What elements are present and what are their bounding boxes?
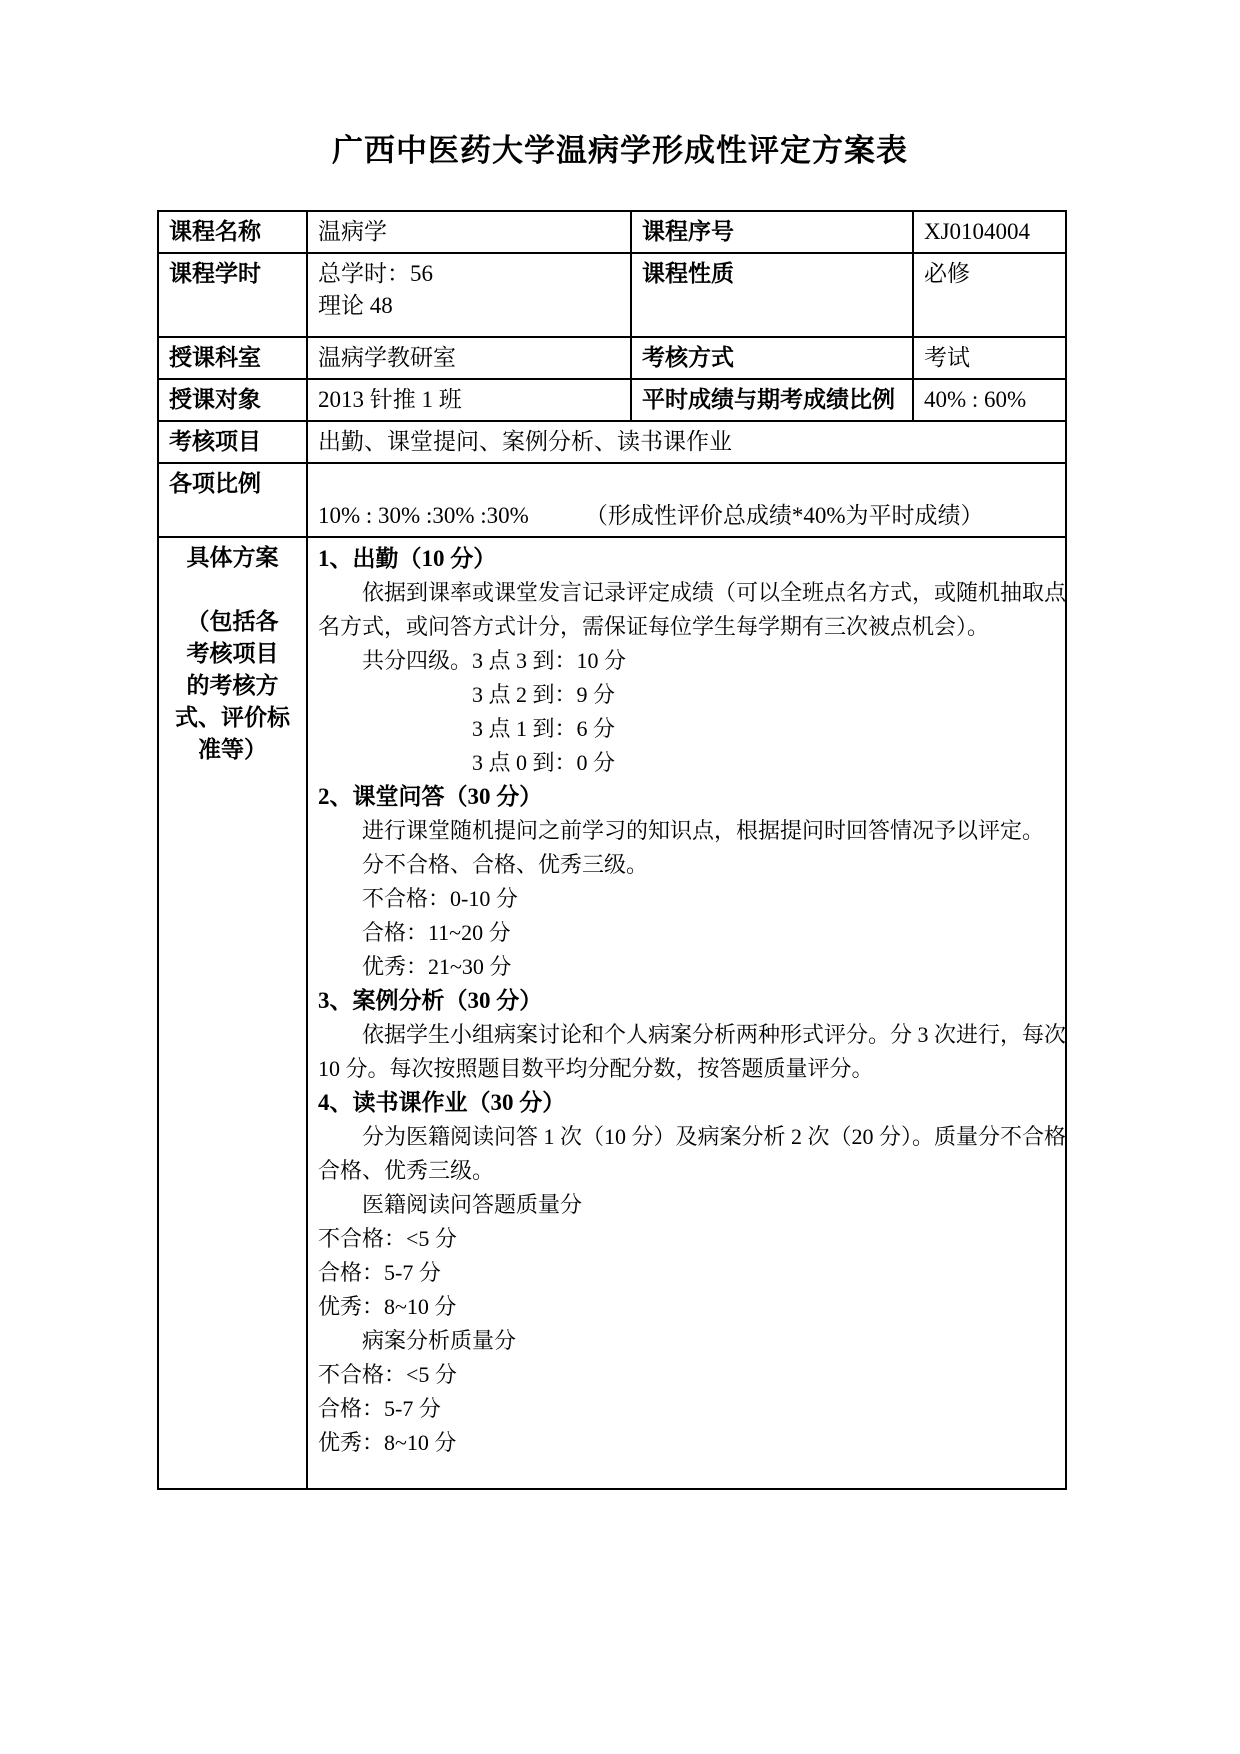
course-number-label: 课程序号 xyxy=(631,211,913,253)
plan-line: 进行课堂随机提问之前学习的知识点，根据提问时回答情况予以评定。 xyxy=(318,814,1055,848)
plan-line: 依据学生小组病案讨论和个人病案分析两种形式评分。分 3 次进行，每次 xyxy=(318,1018,1055,1052)
score-ratio-label: 平时成绩与期考成绩比例 xyxy=(631,379,913,421)
plan-line: 1、出勤（10 分） xyxy=(318,542,1055,576)
plan-line: 优秀：8~10 分 xyxy=(318,1290,1055,1324)
course-name-value: 温病学 xyxy=(307,211,631,253)
plan-line: 优秀：21~30 分 xyxy=(318,950,1055,984)
plan-line: 3 点 2 到：9 分 xyxy=(318,678,1055,712)
item-ratios-numbers: 10% : 30% :30% :30% xyxy=(318,503,529,528)
plan-content: 1、出勤（10 分）依据到课率或课堂发言记录评定成绩（可以全班点名方式，或随机抽… xyxy=(307,537,1066,1489)
teaching-target-value: 2013 针推 1 班 xyxy=(307,379,631,421)
plan-line: 不合格：0-10 分 xyxy=(318,882,1055,916)
plan-line: 合格：11~20 分 xyxy=(318,916,1055,950)
row-item-ratios: 各项比例 10% : 30% :30% :30%（形成性评价总成绩*40%为平时… xyxy=(158,463,1066,537)
course-type-label: 课程性质 xyxy=(631,253,913,337)
assessment-items-label: 考核项目 xyxy=(158,421,307,463)
row-course-name: 课程名称 温病学 课程序号 XJ0104004 xyxy=(158,211,1066,253)
plan-line: 优秀：8~10 分 xyxy=(318,1426,1055,1460)
teaching-department-value: 温病学教研室 xyxy=(307,337,631,379)
course-hours-label: 课程学时 xyxy=(158,253,307,337)
plan-line: 合格、优秀三级。 xyxy=(318,1154,1055,1188)
row-detailed-plan: 具体方案 （包括各 考核项目 的考核方 式、评价标 准等） 1、出勤（10 分）… xyxy=(158,537,1066,1489)
plan-line: 3、案例分析（30 分） xyxy=(318,984,1055,1018)
plan-line: 4、读书课作业（30 分） xyxy=(318,1086,1055,1120)
teaching-department-label: 授课科室 xyxy=(158,337,307,379)
plan-line: 共分四级。3 点 3 到：10 分 xyxy=(318,644,1055,678)
row-teaching-target: 授课对象 2013 针推 1 班 平时成绩与期考成绩比例 40% : 60% xyxy=(158,379,1066,421)
plan-line: 分为医籍阅读问答 1 次（10 分）及病案分析 2 次（20 分）。质量分不合格… xyxy=(318,1120,1055,1154)
plan-line: 分不合格、合格、优秀三级。 xyxy=(318,848,1055,882)
plan-line: 名方式，或问答方式计分，需保证每位学生每学期有三次被点机会）。 xyxy=(318,610,1055,644)
document-title: 广西中医药大学温病学形成性评定方案表 xyxy=(0,0,1240,174)
plan-line: 合格：5-7 分 xyxy=(318,1392,1055,1426)
score-ratio-value: 40% : 60% xyxy=(913,379,1066,421)
plan-line: 10 分。每次按照题目数平均分配分数，按答题质量评分。 xyxy=(318,1052,1055,1086)
assessment-plan-table: 课程名称 温病学 课程序号 XJ0104004 课程学时 总学时：56 理论 4… xyxy=(157,210,1067,1490)
plan-line: 医籍阅读问答题质量分 xyxy=(318,1188,1055,1222)
course-number-value: XJ0104004 xyxy=(913,211,1066,253)
plan-line: 病案分析质量分 xyxy=(318,1324,1055,1358)
row-course-hours: 课程学时 总学时：56 理论 48 课程性质 必修 xyxy=(158,253,1066,337)
plan-line: 合格：5-7 分 xyxy=(318,1256,1055,1290)
row-assessment-items: 考核项目 出勤、课堂提问、案例分析、读书课作业 xyxy=(158,421,1066,463)
detailed-plan-label: 具体方案 （包括各 考核项目 的考核方 式、评价标 准等） xyxy=(158,537,307,1489)
assessment-items-value: 出勤、课堂提问、案例分析、读书课作业 xyxy=(307,421,1066,463)
row-teaching-department: 授课科室 温病学教研室 考核方式 考试 xyxy=(158,337,1066,379)
plan-line: 依据到课率或课堂发言记录评定成绩（可以全班点名方式，或随机抽取点 xyxy=(318,576,1055,610)
course-hours-value: 总学时：56 理论 48 xyxy=(307,253,631,337)
plan-line: 2、课堂问答（30 分） xyxy=(318,780,1055,814)
plan-line: 3 点 0 到：0 分 xyxy=(318,746,1055,780)
plan-line: 不合格：<5 分 xyxy=(318,1358,1055,1392)
document-page: 广西中医药大学温病学形成性评定方案表 课程名称 温病学 课程序号 XJ01040… xyxy=(0,0,1240,1754)
teaching-target-label: 授课对象 xyxy=(158,379,307,421)
exam-method-value: 考试 xyxy=(913,337,1066,379)
course-type-value: 必修 xyxy=(913,253,1066,337)
exam-method-label: 考核方式 xyxy=(631,337,913,379)
plan-line: 3 点 1 到：6 分 xyxy=(318,712,1055,746)
course-name-label: 课程名称 xyxy=(158,211,307,253)
item-ratios-label: 各项比例 xyxy=(158,463,307,537)
plan-line: 不合格：<5 分 xyxy=(318,1222,1055,1256)
item-ratios-value: 10% : 30% :30% :30%（形成性评价总成绩*40%为平时成绩） xyxy=(307,463,1066,537)
item-ratios-note: （形成性评价总成绩*40%为平时成绩） xyxy=(585,503,984,528)
